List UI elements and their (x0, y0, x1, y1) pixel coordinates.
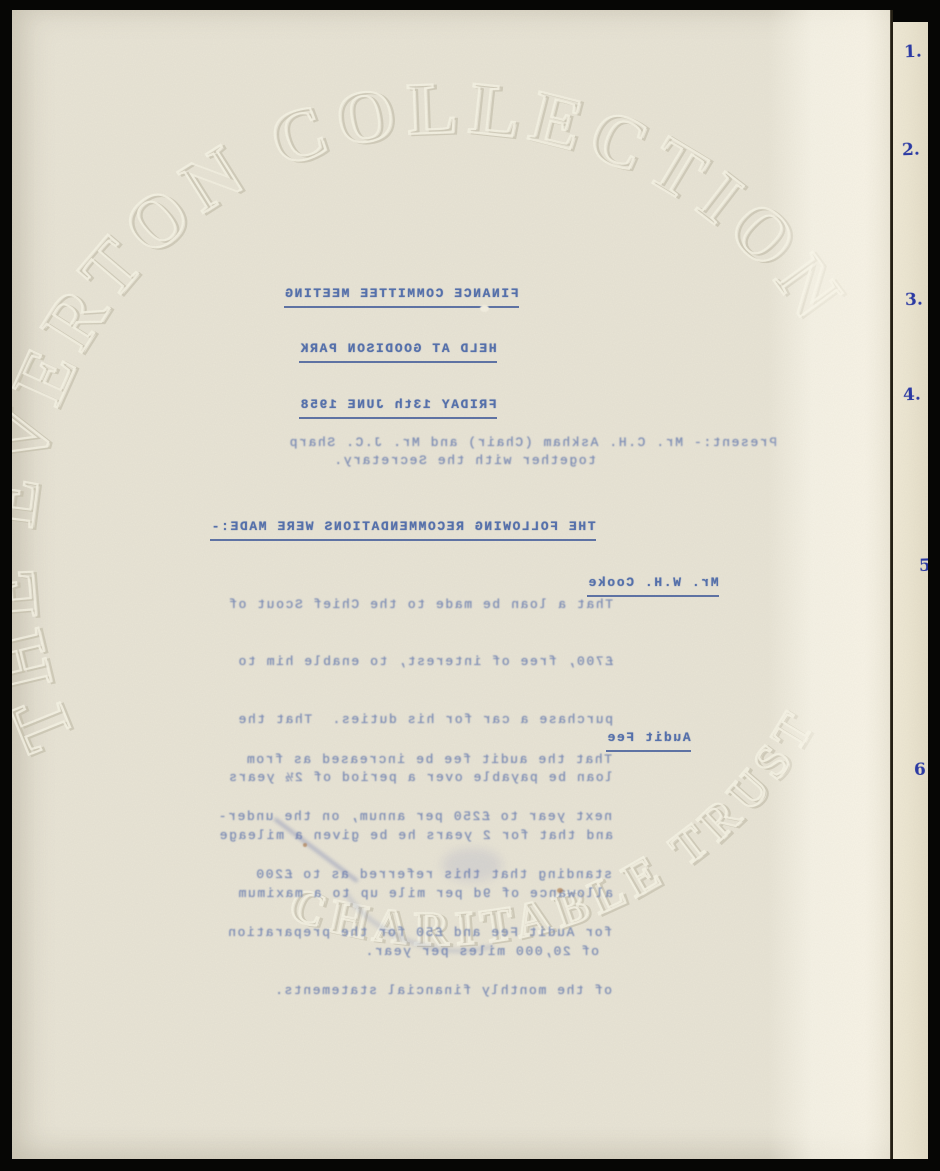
handwritten-number-3: 3. (905, 290, 923, 311)
handwritten-number-6: 6 (914, 760, 927, 780)
present-line-1: Present:- Mr. C.H. Askham (Chair) and Mr… (288, 433, 777, 452)
meeting-date: FRIDAY 13th JUNE 1958 (313, 376, 553, 438)
minute-line: That the audit fee be increased as from (217, 750, 612, 769)
ink-smudge-blob (442, 848, 502, 882)
meeting-title: FINANCE COMMITTEE MEETING (290, 265, 575, 327)
margin-label-audit-fee: Audit Fee (606, 709, 747, 771)
rust-speck (303, 843, 307, 847)
rust-speck (557, 888, 563, 893)
minute-line: of the monthly financial statements. (217, 981, 612, 1000)
minute-line: £700, free of interest, to enable him to (218, 652, 613, 671)
handwritten-number-5: 5 (919, 556, 928, 576)
paper-chip (480, 305, 489, 312)
handwritten-number-4: 4. (903, 385, 921, 406)
present-line-2: together with the Secretary. (333, 451, 596, 470)
mirrored-typed-text-layer: FINANCE COMMITTEE MEETING HELD AT GOODIS… (12, 10, 891, 1159)
scanned-document-viewport: { "doc": { "title": "FINANCE COMMITTEE M… (0, 0, 940, 1171)
next-page-edge-strip: 1. 2. 3. 4. 5 6 (893, 22, 928, 1159)
page-edge-shadow (890, 10, 893, 1159)
margin-label-cooke: Mr. W.H. Cooke (587, 554, 775, 616)
meeting-venue: HELD AT GOODISON PARK (313, 320, 553, 382)
recommendations-heading: THE FOLLOWING RECOMMENDATIONS WERE MADE:… (210, 498, 652, 560)
minute-line: That a loan be made to the Chief Scout o… (218, 595, 613, 614)
handwritten-number-2: 2. (902, 140, 920, 161)
handwritten-number-1: 1. (904, 42, 922, 63)
document-page: THE EVERTON COLLECTION CHARITABLE TRUST … (12, 10, 891, 1159)
